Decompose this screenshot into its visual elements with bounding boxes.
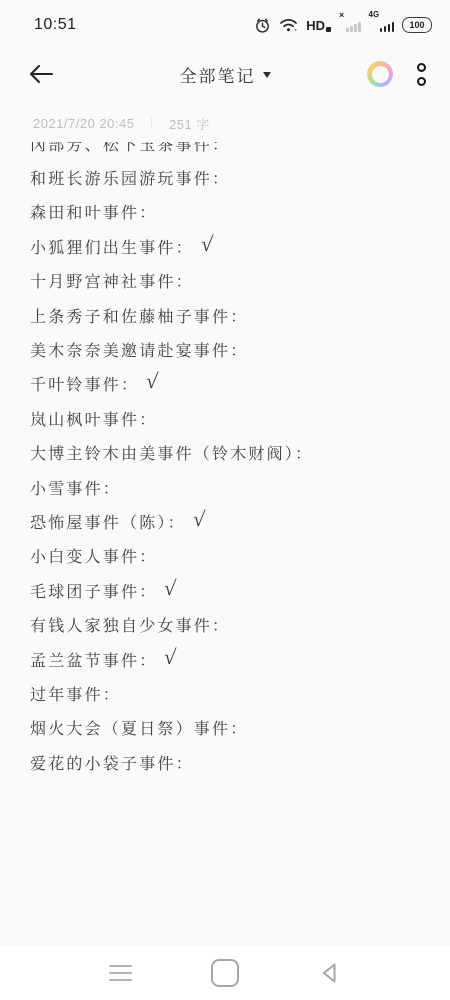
hd-badge-square [326, 27, 331, 32]
sim2-4g-signal-icon: 4G [369, 13, 395, 37]
no-signal-x-mark: × [339, 11, 344, 20]
chevron-down-icon [263, 72, 271, 78]
note-line[interactable]: 爱花的小袋子事件： [30, 745, 422, 779]
hd-label: HD [306, 19, 325, 32]
sim2-signal-bars [380, 22, 395, 32]
note-line[interactable]: 恐怖屋事件（陈）：√ [30, 504, 422, 538]
note-line[interactable]: 烟火大会（夏日祭）事件： [30, 711, 422, 745]
home-button[interactable] [205, 953, 245, 993]
note-line[interactable]: 千叶铃事件：√ [30, 367, 422, 401]
android-nav-bar [0, 946, 450, 1000]
note-line[interactable]: 毛球团子事件：√ [30, 573, 422, 607]
note-body[interactable]: 冈部芳、松下玉茶事件： 和班长游乐园游玩事件： 森田和叶事件： 小狐狸们出生事件… [0, 142, 450, 902]
menu-icon [109, 965, 132, 981]
sim1-signal-bars [346, 22, 361, 32]
note-line[interactable]: 十月野宫神社事件： [30, 264, 422, 298]
recents-button[interactable] [100, 953, 140, 993]
battery-level: 100 [409, 20, 424, 30]
alarm-icon [254, 17, 271, 34]
back-triangle-icon [318, 961, 342, 985]
battery-icon: 100 [402, 17, 432, 33]
wifi-icon [279, 17, 298, 33]
app-header: 全部笔记 [0, 46, 450, 102]
check-mark: √ [145, 369, 159, 394]
meta-separator: ｜ [145, 115, 158, 132]
note-line[interactable]: 岚山枫叶事件： [30, 401, 422, 435]
back-nav-button[interactable] [310, 953, 350, 993]
check-mark: √ [163, 645, 177, 670]
check-mark: √ [163, 576, 177, 601]
word-count: 251 字 [169, 114, 210, 133]
note-line[interactable]: 美木奈奈美邀请赴宴事件： [30, 332, 422, 366]
status-icons: HD × 4G 100 [254, 13, 432, 37]
page-title: 全部笔记 [180, 62, 256, 87]
note-line[interactable]: 小雪事件： [30, 470, 422, 504]
network-type-label: 4G [369, 11, 380, 19]
check-mark: √ [191, 507, 205, 532]
note-line[interactable]: 大博主铃木由美事件（铃木财阀）： [30, 436, 422, 470]
clock-time: 10:51 [34, 16, 77, 34]
note-meta: 2021/7/20 20:45 ｜ 251 字 [0, 114, 450, 133]
note-line[interactable]: 有钱人家独自少女事件： [30, 607, 422, 641]
note-datetime: 2021/7/20 20:45 [33, 116, 134, 131]
home-square-icon [211, 959, 239, 987]
note-line[interactable]: 过年事件： [30, 676, 422, 710]
check-mark: √ [199, 232, 213, 257]
note-line[interactable]: 小白变人事件： [30, 539, 422, 573]
note-line[interactable]: 和班长游乐园游玩事件： [30, 160, 422, 194]
note-line[interactable]: 冈部芳、松下玉茶事件： [30, 142, 422, 160]
note-line[interactable]: 小狐狸们出生事件：√ [30, 229, 422, 263]
sim1-no-signal-icon: × [339, 14, 361, 37]
status-bar: 10:51 HD × 4G [0, 0, 450, 46]
note-line[interactable]: 森田和叶事件： [30, 195, 422, 229]
theme-skin-button[interactable] [367, 61, 393, 87]
note-line[interactable]: 上条秀子和佐藤柚子事件： [30, 298, 422, 332]
hd-volte-icon: HD [306, 19, 331, 32]
note-line[interactable]: 孟兰盆节事件：√ [30, 642, 422, 676]
